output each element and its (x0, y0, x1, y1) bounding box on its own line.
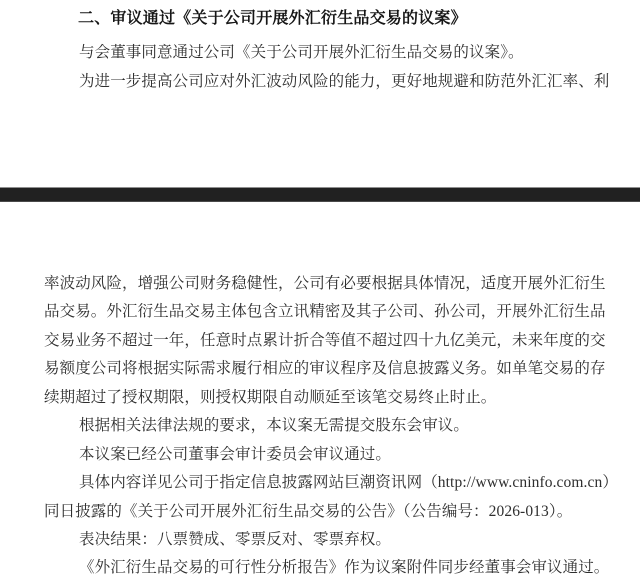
paragraph-line: 率波动风险，增强公司财务稳健性，公司有必要根据具体情况，适度开展外汇衍生 (44, 274, 606, 293)
paragraph-line: 同日披露的《关于公司开展外汇衍生品交易的公告》（公告编号：2026-013）。 (44, 502, 572, 521)
paragraph-line: 《外汇衍生品交易的可行性分析报告》作为议案附件同步经董事会审议通过。 (79, 558, 609, 577)
page-separator-bar (0, 187, 640, 202)
paragraph-line: 与会董事同意通过公司《关于公司开展外汇衍生品交易的议案》。 (79, 43, 524, 62)
paragraph-line: 具体内容详见公司于指定信息披露网站巨潮资讯网（http://www.cninfo… (79, 473, 618, 492)
paragraph-line: 表决结果：八票赞成、零票反对、零票弃权。 (79, 530, 391, 549)
paragraph-line: 根据相关法律法规的要求，本议案无需提交股东会审议。 (79, 416, 469, 435)
paragraph-line: 品交易。外汇衍生品交易主体包含立讯精密及其子公司、孙公司，开展外汇衍生品 (44, 302, 606, 321)
paragraph-line: 为进一步提高公司应对外汇波动风险的能力，更好地规避和防范外汇汇率、利 (79, 72, 609, 91)
document-page: 二、审议通过《关于公司开展外汇衍生品交易的议案》 与会董事同意通过公司《关于公司… (0, 0, 640, 588)
section-heading: 二、审议通过《关于公司开展外汇衍生品交易的议案》 (78, 9, 467, 29)
paragraph-line: 本议案已经公司董事会审计委员会审议通过。 (79, 445, 391, 464)
paragraph-line: 交易业务不超过一年，任意时点累计折合等值不超过四十九亿美元，未来年度的交 (44, 331, 606, 350)
paragraph-line: 续期超过了授权期限，则授权期限自动顺延至该笔交易终止时止。 (44, 388, 496, 407)
paragraph-line: 易额度公司将根据实际需求履行相应的审议程序及信息披露义务。如单笔交易的存 (44, 359, 606, 378)
